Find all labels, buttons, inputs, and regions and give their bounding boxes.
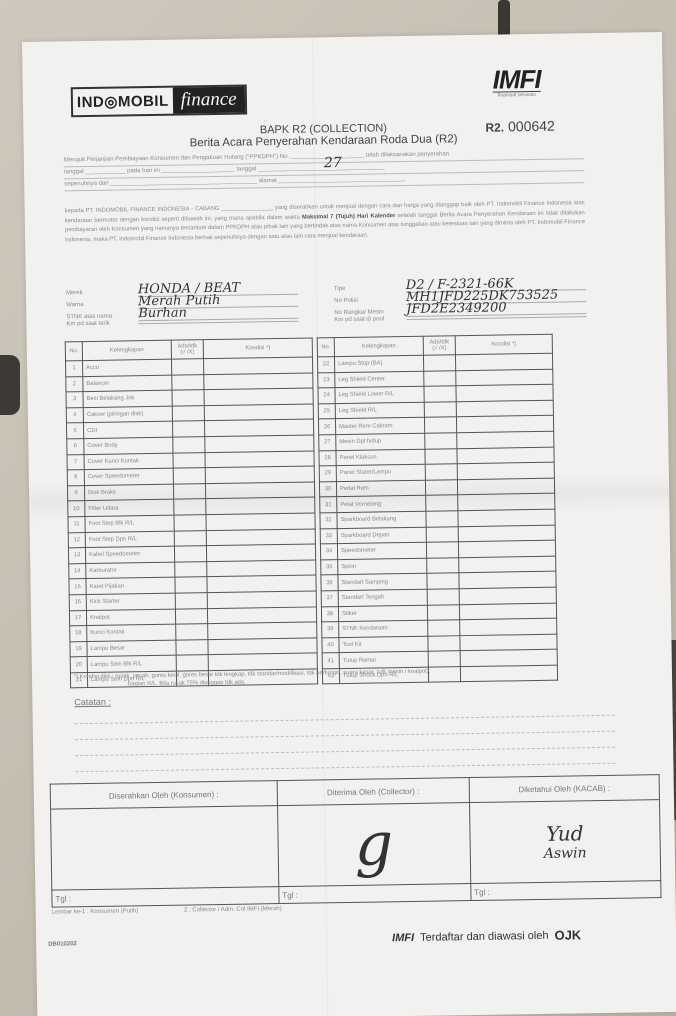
row-kondisi-cell[interactable] [208,653,317,670]
row-ada-cell[interactable] [427,557,459,573]
row-no: 5 [66,423,83,439]
kacab-signature-box: YudAswin [469,800,660,884]
table-row: 30Pedal Rem [319,478,554,497]
row-item: Stiker [338,605,427,622]
row-item: Lampu Stop (BA) [334,355,423,372]
kacab-sign-label: Diketahui Oleh (KACAB) : [469,775,660,803]
warna-label: Warna [66,301,138,308]
row-kondisi-cell[interactable] [459,603,556,620]
row-item: Pedal Rem [336,480,425,497]
table-row: 29Panel Stater/Lampu [319,462,554,481]
row-item: Spion [338,558,427,575]
row-kondisi-cell[interactable] [205,451,314,468]
row-ada-cell[interactable] [173,468,205,484]
collector-date: Tgl : [279,884,471,904]
row-no: 25 [318,403,335,419]
row-ada-cell[interactable] [176,655,208,671]
row-item: Panel Klakson [336,449,425,466]
row-item: Tool Kit [339,636,428,653]
agreement-text: kepada PT. INDOMOBIL FINANCE INDONESIA -… [65,199,586,245]
row-no: 29 [319,466,336,482]
rangka-label: No Rangka/ Mesin [334,309,406,316]
row-no: 6 [67,439,84,455]
row-kondisi-cell[interactable] [204,404,313,421]
row-ada-cell[interactable] [426,495,458,511]
row-no: 7 [67,454,84,470]
form-code: DB010202 [48,941,77,947]
row-no: 2 [66,376,83,392]
row-item: Karburator [86,562,175,579]
row-ada-cell[interactable] [427,589,459,605]
row-ada-cell[interactable] [426,542,458,558]
handwritten-date: 27 [324,155,342,171]
row-item: Mesin Dpt hidup [336,433,425,450]
row-item: Kunci Kontak [87,624,176,641]
col-no: No. [65,342,82,361]
row-item: Leg Shield Center [335,371,424,388]
table-row: 31Pelat Vorneleng [320,494,555,513]
row-item: Speedometer [337,542,426,559]
catatan-label: Catatan : [74,697,111,708]
row-item: Accu [83,359,172,376]
row-item: Tutup Rantai [339,651,428,668]
indomobil-finance-logo: IND◎MOBIL finance [71,84,247,117]
row-kondisi-cell[interactable] [206,513,315,530]
row-no: 26 [318,419,335,435]
row-item: Leg Shield Lower R/L [335,386,424,403]
row-no: 31 [320,497,337,513]
row-kondisi-cell[interactable] [456,369,553,386]
row-ada-cell[interactable] [424,402,456,418]
row-kondisi-cell[interactable] [457,447,554,464]
row-item: Sparkboard Depan [337,527,426,544]
row-kondisi-cell[interactable] [455,353,552,370]
row-ada-cell[interactable] [428,620,460,636]
row-kondisi-cell[interactable] [206,497,315,514]
row-no: 36 [321,575,338,591]
row-ada-cell[interactable] [425,433,457,449]
row-item: Standart Tengah [338,589,427,606]
row-ada-cell[interactable] [174,499,206,515]
registered-text: Terdaftar dan diawasi oleh [420,929,549,943]
row-kondisi-cell[interactable] [456,400,553,417]
row-kondisi-cell[interactable] [457,478,554,495]
km-pool-field [406,316,586,320]
row-kondisi-cell[interactable] [458,525,555,542]
row-no: 22 [317,357,334,373]
row-kondisi-cell[interactable] [204,388,313,405]
imfi-small-logo: IMFI [392,931,414,943]
konsumen-date: Tgl : [52,887,279,908]
row-ada-cell[interactable] [424,417,456,433]
row-item: Disk Brake [84,484,173,501]
row-no: 15 [69,579,86,595]
row-ada-cell[interactable] [173,452,205,468]
row-no: 28 [319,450,336,466]
row-ada-cell[interactable] [425,479,457,495]
row-ada-cell[interactable] [426,526,458,542]
agreement-deadline: Maksimal 7 (Tujuh) Hari Kalender [302,213,395,220]
col-item: Kelengkapan [334,336,423,356]
doc-prefix: R2. [485,120,504,134]
konsumen-signature-box [51,806,279,891]
row-ada-cell[interactable] [176,624,208,640]
row-no: 19 [70,641,87,657]
ojk-footer: IMFI Terdaftar dan diawasi oleh OJK [392,927,581,945]
row-kondisi-cell[interactable] [458,494,555,511]
row-item: Lampu Besar [87,640,176,657]
row-kondisi-cell[interactable] [458,509,555,526]
row-ada-cell[interactable] [426,511,458,527]
col-no: No. [317,338,334,357]
row-item: Cakver (piringan disk) [83,406,172,423]
row-no: 37 [321,591,338,607]
ojk-logo-icon: OJK [554,927,581,942]
km-tarik-label: Km pd saat tarik [66,320,138,327]
row-no: 39 [322,622,339,638]
row-kondisi-cell[interactable] [207,575,316,592]
kacab-signature: Yud [546,821,584,846]
row-item: Cover Body [84,437,173,454]
row-no: 11 [68,517,85,533]
col-ada: Ada/tdk (√ /X) [171,340,203,360]
row-kondisi-cell[interactable] [459,587,556,604]
col-item: Kelengkapan [82,340,171,360]
row-ada-cell[interactable] [172,390,204,406]
form-title-block: BAPK R2 (COLLECTION) Berita Acara Penyer… [163,121,483,150]
row-no: 17 [69,610,86,626]
row-kondisi-cell[interactable] [205,466,314,483]
row-no: 8 [67,470,84,486]
row-no: 27 [319,435,336,451]
row-ada-cell[interactable] [427,604,459,620]
row-ada-cell[interactable] [176,639,208,655]
row-ada-cell[interactable] [425,464,457,480]
row-no: 38 [321,606,338,622]
col-ada: Ada/tdk (√ /X) [423,336,455,356]
row-no: 35 [321,559,338,575]
merek-label: Merek [66,289,138,296]
km-pool-label: Km pd saat di pool [334,316,406,323]
copy-2: 2 : Collector / Adm. Col IMFI (Merah) [184,906,282,914]
copy-1: Lembar ke-1 : Konsumen (Putih) [52,908,139,915]
doc-number-value: 000642 [508,118,555,135]
row-item: Knalpot [86,609,175,626]
row-ada-cell[interactable] [173,483,205,499]
kacab-name: Aswin [544,845,587,862]
row-ada-cell[interactable] [174,530,206,546]
polisi-label: No Polisi [334,297,406,304]
background-object [0,355,20,415]
row-kondisi-cell[interactable] [208,638,317,655]
row-kondisi-cell[interactable] [208,622,317,639]
collector-sign-label: Diterima Oleh (Collector) : [277,778,469,806]
row-ada-cell[interactable] [173,437,205,453]
row-ada-cell[interactable] [428,651,460,667]
row-no: 14 [69,563,86,579]
row-kondisi-cell[interactable] [457,431,554,448]
row-no: 32 [320,513,337,529]
row-ada-cell[interactable] [175,608,207,624]
tipe-label: Tipe [334,285,406,292]
row-item: Besi Belakang Jok [83,390,172,407]
catatan-line [75,731,615,740]
row-item: Foot Step Blk R/L [85,515,174,532]
row-item: Sparkboard Belakang [337,511,426,528]
signature-table: Diserahkan Oleh (Konsumen) : Diterima Ol… [50,774,662,908]
row-kondisi-cell[interactable] [456,384,553,401]
row-ada-cell[interactable] [174,515,206,531]
row-no: 41 [322,653,339,669]
imfi-mark: IMFI [492,64,540,96]
checklist-table-left: No. Kelengkapan Ada/tdk (√ /X) Kondisi *… [65,337,318,688]
row-no: 16 [69,594,86,610]
row-ada-cell[interactable] [174,546,206,562]
row-kondisi-cell[interactable] [206,528,315,545]
row-item: Kabel Speedometer [85,546,174,563]
row-kondisi-cell[interactable] [205,435,314,452]
row-no: 13 [68,548,85,564]
row-item: Lampu Sein Blk R/L [87,655,176,672]
row-no: 40 [322,637,339,653]
row-item: Pelat Vorneleng [337,496,426,513]
row-item: Panel Stater/Lampu [336,464,425,481]
table-row: 9Disk Brake [67,482,314,501]
row-ada-cell[interactable] [428,635,460,651]
row-kondisi-cell[interactable] [459,571,556,588]
row-no: 3 [66,392,83,408]
imfi-logo: IMFI financial services [492,64,541,99]
row-kondisi-cell[interactable] [460,634,557,651]
row-ada-cell[interactable] [427,573,459,589]
logo-text-finance: finance [172,87,244,114]
checklist-table-right: No. Kelengkapan Ada/tdk (√ /X) Kondisi *… [317,334,558,685]
row-ada-cell[interactable] [172,421,204,437]
konsumen-sign-label: Diserahkan Oleh (Konsumen) : [50,781,277,810]
row-ada-cell[interactable] [175,577,207,593]
row-no: 4 [66,407,83,423]
row-kondisi-cell[interactable] [460,618,557,635]
row-no: 18 [70,626,87,642]
row-item: Kick Starter [86,593,175,610]
row-item: CDI [83,422,172,439]
collector-signature: g [354,809,394,880]
row-item: Cover Speedometer [84,468,173,485]
collector-signature-box: g [277,803,470,887]
imfi-tagline: financial services [493,91,541,99]
row-ada-cell[interactable] [424,386,456,402]
row-kondisi-cell[interactable] [460,649,557,666]
row-ada-cell[interactable] [175,561,207,577]
row-kondisi-cell[interactable] [203,357,312,374]
row-ada-cell[interactable] [175,593,207,609]
row-kondisi-cell[interactable] [205,482,314,499]
row-item: Balancer [83,375,172,392]
km-tarik-field [138,321,298,325]
row-no: 30 [319,481,336,497]
row-no: 1 [66,361,83,377]
document-paper: IND◎MOBIL finance IMFI financial service… [22,32,676,1016]
row-ada-cell[interactable] [172,405,204,421]
row-no: 34 [320,544,337,560]
row-kondisi-cell[interactable] [207,606,316,623]
row-no: 9 [67,485,84,501]
row-no: 33 [320,528,337,544]
kacab-date: Tgl : [471,881,661,901]
table-row: 10Filter Udara [68,497,315,516]
row-no: 24 [318,388,335,404]
row-item: Standart Samping [338,574,427,591]
row-kondisi-cell[interactable] [204,373,313,390]
col-kondisi: Kondisi *) [455,334,552,355]
document-number: R2.000642 [485,118,555,135]
row-kondisi-cell[interactable] [206,544,315,561]
row-item: Master Rem Cakram [335,418,424,435]
col-kondisi: Kondisi *) [203,338,312,359]
row-kondisi-cell[interactable] [459,556,556,573]
row-ada-cell[interactable] [424,370,456,386]
row-kondisi-cell[interactable] [207,560,316,577]
catatan-line [75,747,615,756]
row-kondisi-cell[interactable] [207,591,316,608]
row-item: Foot Step Dpn R/L [85,531,174,548]
row-ada-cell[interactable] [423,355,455,371]
catatan-line [75,763,615,772]
row-kondisi-cell[interactable] [458,540,555,557]
row-kondisi-cell[interactable] [457,462,554,479]
logo-text: IND◎MOBIL [73,92,173,112]
row-kondisi-cell[interactable] [204,419,313,436]
table-row: 8Cover Speedometer [67,466,314,485]
row-no: 12 [68,532,85,548]
row-item: STNK Kendaraan [339,620,428,637]
row-kondisi-cell[interactable] [456,416,553,433]
row-item: Karet Pijakan [86,577,175,594]
row-ada-cell[interactable] [172,374,204,390]
row-ada-cell[interactable] [425,448,457,464]
row-item: Leg Shield R/L [335,402,424,419]
row-item: Cover Kunci Kontak [84,453,173,470]
row-no: 20 [70,657,87,673]
stnk-label: STNK atas nama [66,313,138,320]
row-no: 23 [318,372,335,388]
row-item: Filter Udara [85,500,174,517]
catatan-line [75,715,615,724]
row-no: 10 [68,501,85,517]
row-ada-cell[interactable] [172,359,204,375]
vehicle-info: MerekHONDA / BEAT WarnaMerah Putih STNK … [66,277,606,285]
